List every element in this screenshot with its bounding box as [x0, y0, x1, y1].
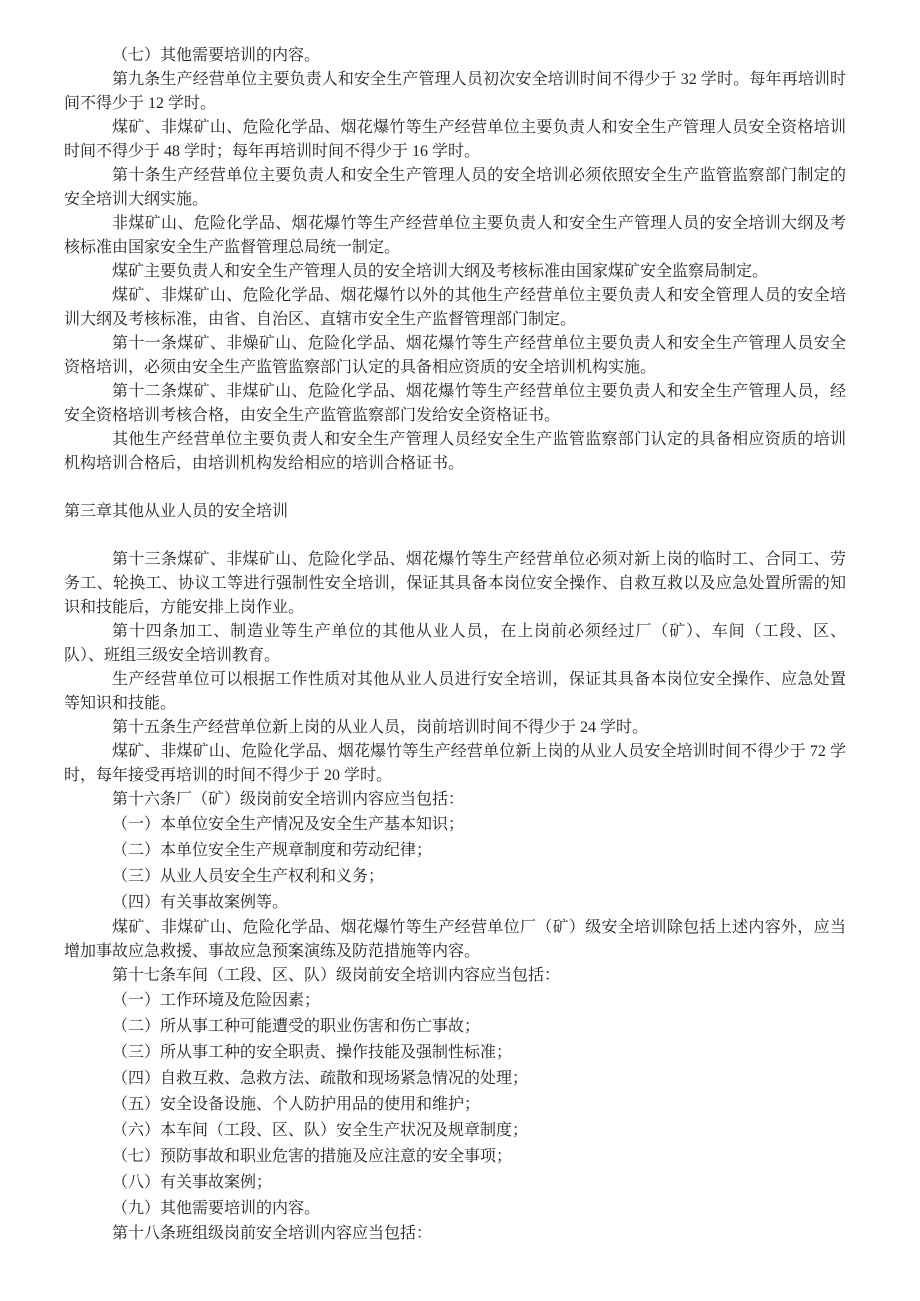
blank-line: [64, 524, 846, 548]
document-page: （七）其他需要培训的内容。 第九条生产经营单位主要负责人和安全生产管理人员初次安…: [0, 0, 920, 1301]
list-item: （七）其他需要培训的内容。: [64, 44, 846, 68]
paragraph: 非煤矿山、危险化学品、烟花爆竹等生产经营单位主要负责人和安全生产管理人员的安全培…: [64, 212, 846, 260]
blank-line: [64, 476, 846, 500]
paragraph: 第十条生产经营单位主要负责人和安全生产管理人员的安全培训必须依照安全生产监管监察…: [64, 164, 846, 212]
paragraph: 第十八条班组级岗前安全培训内容应当包括：: [64, 1222, 846, 1246]
list-item: （六）本车间（工段、区、队）安全生产状况及规章制度；: [64, 1118, 846, 1144]
list-item: （七）预防事故和职业危害的措施及应注意的安全事项；: [64, 1144, 846, 1170]
paragraph: 煤矿主要负责人和安全生产管理人员的安全培训大纲及考核标准由国家煤矿安全监察局制定…: [64, 260, 846, 284]
paragraph: 煤矿、非煤矿山、危险化学品、烟花爆竹等生产经营单位厂（矿）级安全培训除包括上述内…: [64, 916, 846, 964]
list-item: （五）安全设备设施、个人防护用品的使用和维护；: [64, 1092, 846, 1118]
list-item: （八）有关事故案例；: [64, 1170, 846, 1196]
list-item: （三）从业人员安全生产权利和义务；: [64, 864, 846, 890]
list-item: （一）工作环境及危险因素；: [64, 988, 846, 1014]
paragraph: 第十四条加工、制造业等生产单位的其他从业人员，在上岗前必须经过厂（矿）、车间（工…: [64, 620, 846, 668]
paragraph: 第十三条煤矿、非煤矿山、危险化学品、烟花爆竹等生产经营单位必须对新上岗的临时工、…: [64, 548, 846, 620]
paragraph: 第十六条厂（矿）级岗前安全培训内容应当包括：: [64, 788, 846, 812]
chapter-heading: 第三章其他从业人员的安全培训: [64, 500, 846, 524]
paragraph: 第十一条煤矿、非燥矿山、危险化学品、烟花爆竹等生产经营单位主要负责人和安全生产管…: [64, 332, 846, 380]
paragraph: 第十七条车间（工段、区、队）级岗前安全培训内容应当包括：: [64, 964, 846, 988]
list-item: （四）自救互救、急救方法、疏散和现场紧急情况的处理；: [64, 1066, 846, 1092]
list-item: （二）本单位安全生产规章制度和劳动纪律；: [64, 838, 846, 864]
list-item: （一）本单位安全生产情况及安全生产基本知识；: [64, 812, 846, 838]
list-item: （四）有关事故案例等。: [64, 890, 846, 916]
list-item: （二）所从事工种可能遭受的职业伤害和伤亡事故；: [64, 1014, 846, 1040]
paragraph: 第九条生产经营单位主要负责人和安全生产管理人员初次安全培训时间不得少于 32 学…: [64, 68, 846, 116]
list-item: （三）所从事工种的安全职责、操作技能及强制性标准；: [64, 1040, 846, 1066]
paragraph: 煤矿、非煤矿山、危险化学品、烟花爆竹等生产经营单位主要负责人和安全生产管理人员安…: [64, 116, 846, 164]
paragraph: 第十五条生产经营单位新上岗的从业人员，岗前培训时间不得少于 24 学时。: [64, 716, 846, 740]
list-item: （九）其他需要培训的内容。: [64, 1196, 846, 1222]
paragraph: 生产经营单位可以根据工作性质对其他从业人员进行安全培训，保证其具备本岗位安全操作…: [64, 668, 846, 716]
paragraph: 第十二条煤矿、非煤矿山、危险化学品、烟花爆竹等生产经营单位主要负责人和安全生产管…: [64, 380, 846, 428]
paragraph: 其他生产经营单位主要负责人和安全生产管理人员经安全生产监管监察部门认定的具备相应…: [64, 428, 846, 476]
paragraph: 煤矿、非煤矿山、危险化学品、烟花爆竹以外的其他生产经营单位主要负责人和安全管理人…: [64, 284, 846, 332]
paragraph: 煤矿、非煤矿山、危险化学品、烟花爆竹等生产经营单位新上岗的从业人员安全培训时间不…: [64, 740, 846, 788]
